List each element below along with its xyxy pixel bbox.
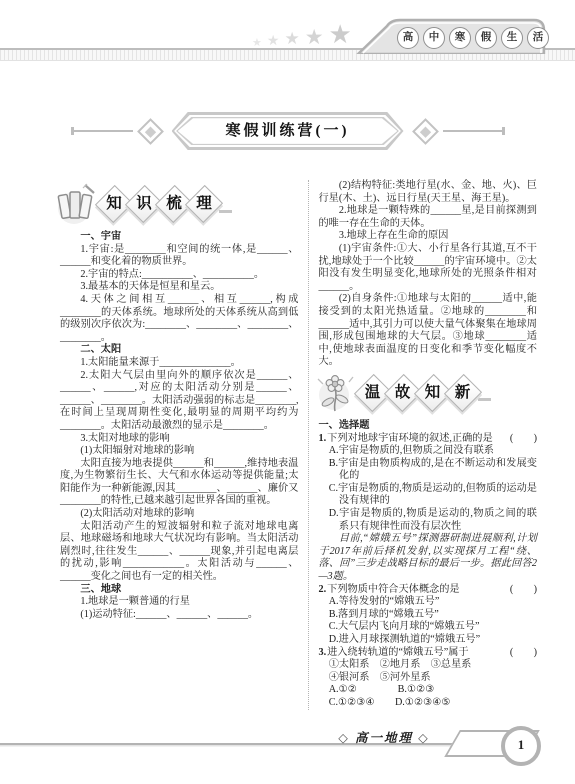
- worksheet-paragraph: 太阳活动产生的短波辐射和粒子流对地球电离层、地球磁场和地球大气状况均有影响。当太…: [60, 521, 299, 584]
- worksheet-paragraph: (1)太阳辐射对地球的影响: [60, 445, 299, 458]
- badge-char: 寒: [449, 27, 471, 49]
- worksheet-paragraph: 1.地球是一颗普通的行星: [60, 596, 299, 609]
- flower-icon: [313, 371, 359, 415]
- answer-option: D.进入月球探测轨道的“嫦娥五号”: [319, 634, 538, 647]
- course-name: 高一地理: [355, 731, 413, 745]
- badge-title: 高中寒假生活: [397, 27, 549, 49]
- answer-paren: ( ): [510, 584, 537, 597]
- badge-char: 高: [397, 27, 419, 49]
- review-section-header: 温故知新: [313, 369, 538, 417]
- knowledge-header-title: 知识梳理: [102, 185, 222, 223]
- question-number: 3.: [319, 647, 327, 660]
- course-label: ◇ 高一地理 ◇: [318, 732, 450, 745]
- answer-option: B.宇宙是由物质构成的,是在不断运动和发展变化的: [319, 458, 538, 483]
- diamond-ornament-left: [137, 118, 164, 145]
- question-number: 2.: [319, 584, 327, 597]
- worksheet-paragraph: 2.太阳大气层由里向外的顺序依次是______、______、______,对应…: [60, 370, 299, 433]
- question-number: 1.: [319, 433, 327, 446]
- lesson-title-banner: 寒假训练营(一): [0, 112, 575, 150]
- answer-option: B.落到月球的“嫦娥五号”: [319, 609, 538, 622]
- question-text: 下列对地球宇宙环境的叙述,正确的是: [327, 433, 493, 446]
- diamond-ornament-right: [412, 118, 439, 145]
- answer-option: C.宇宙是物质的,物质是运动的,但物质的运动是没有规律的: [319, 483, 538, 508]
- worksheet-paragraph: 3.地球上存在生命的原因: [319, 230, 538, 243]
- badge-char: 假: [475, 27, 497, 49]
- knowledge-outline: 一、宇宙1.宇宙:是________和空间的统一体,是______、______…: [60, 231, 299, 621]
- star-icon: ★: [284, 31, 299, 48]
- badge-char: 生: [501, 27, 523, 49]
- header-char: 理: [186, 185, 222, 223]
- worksheet-paragraph: (1)运动特征:______、______、______。: [60, 609, 299, 622]
- answer-option: A.①② B.①②③: [319, 684, 538, 697]
- diamond-decor: ◇: [338, 731, 350, 745]
- worksheet-paragraph: (2)自身条件:①地球与太阳的______适中,能接受到的太阳光热适量。②地球的…: [319, 293, 538, 369]
- section-heading: 三、地球: [60, 584, 299, 597]
- right-column: (2)结构特征:类地行星(水、金、地、火)、巨行星(木、土)、远日行星(天王星、…: [309, 180, 538, 710]
- badge-char: 活: [527, 27, 549, 49]
- knowledge-outline-continued: (2)结构特征:类地行星(水、金、地、火)、巨行星(木、土)、远日行星(天王星、…: [319, 180, 538, 369]
- star-icon: ★: [329, 22, 352, 48]
- page-title: 寒假训练营(一): [172, 112, 404, 150]
- page-header: ★ ★ ★ ★ ★ 高中寒假生活: [0, 0, 575, 60]
- worksheet-content: 知识梳理 一、宇宙1.宇宙:是________和空间的统一体,是______、_…: [60, 180, 537, 710]
- worksheet-paragraph: 2.地球是一颗特殊的______星,是目前探测到的唯一存在生命的天体。: [319, 205, 538, 230]
- worksheet-paragraph: 3.太阳对地球的影响: [60, 433, 299, 446]
- question-stem: 1.下列对地球宇宙环境的叙述,正确的是( ): [319, 433, 538, 446]
- page-number: 1: [501, 726, 541, 766]
- worksheet-paragraph: 太阳直接为地表提供______和______,维持地表温度,为生物繁衍生长、大气…: [60, 458, 299, 508]
- answer-option: A.等待发射的“嫦娥五号”: [319, 596, 538, 609]
- star-icon: ★: [267, 34, 280, 48]
- worksheet-paragraph: 1.宇宙:是________和空间的统一体,是______、______和变化着…: [60, 244, 299, 269]
- answer-option: ①太阳系 ②地月系 ③总星系: [319, 659, 538, 672]
- answer-option: C.大气层内飞向月球的“嫦娥五号”: [319, 621, 538, 634]
- series-badge: 高中寒假生活: [355, 18, 547, 54]
- answer-paren: ( ): [510, 433, 537, 446]
- worksheet-paragraph: (2)结构特征:类地行星(水、金、地、火)、巨行星(木、土)、远日行星(天王星、…: [319, 180, 538, 205]
- header-diamond: 理: [186, 185, 222, 223]
- badge-char: 中: [423, 27, 445, 49]
- question-stem: 3.进入绕转轨道的“嫦娥五号”属于( ): [319, 647, 538, 660]
- question-text: 下列物质中符合天体概念的是: [327, 584, 459, 597]
- answer-option: D.宇宙是物质的,物质是运动的,物质之间的联系只有规律性而没有层次性: [319, 508, 538, 533]
- left-column: 知识梳理 一、宇宙1.宇宙:是________和空间的统一体,是______、_…: [60, 180, 308, 710]
- books-icon: [54, 182, 100, 226]
- question-text: 进入绕转轨道的“嫦娥五号”属于: [327, 647, 468, 660]
- worksheet-paragraph: 3.最基本的天体是恒星和星云。: [60, 281, 299, 294]
- star-decoration: ★ ★ ★ ★ ★: [252, 22, 352, 48]
- header-diamond: 新: [445, 374, 481, 412]
- section-heading: 二、太阳: [60, 344, 299, 357]
- answer-option: ④银河系 ⑤河外星系: [319, 672, 538, 685]
- scenario-intro: 目前,“嫦娥五号”探测器研制进展顺利,计划于2017年前后择机发射,以实现探月工…: [319, 533, 538, 583]
- section-heading: 一、选择题: [319, 420, 538, 433]
- worksheet-paragraph: 2.宇宙的特点:__________、__________。: [60, 269, 299, 282]
- section-heading: 一、宇宙: [60, 231, 299, 244]
- answer-option: A.宇宙是物质的,但物质之间没有联系: [319, 445, 538, 458]
- star-icon: ★: [305, 27, 324, 48]
- worksheet-paragraph: 4.天体之间相互______、相互______,构成________的天体系统。…: [60, 294, 299, 344]
- star-icon: ★: [252, 37, 262, 48]
- banner-plate: 寒假训练营(一): [172, 112, 404, 150]
- diamond-decor: ◇: [418, 731, 430, 745]
- answer-paren: ( ): [510, 647, 537, 660]
- knowledge-section-header: 知识梳理: [54, 180, 299, 228]
- answer-option: C.①②③④ D.①②③④⑤: [319, 697, 538, 710]
- review-header-title: 温故知新: [361, 374, 481, 412]
- header-char: 新: [445, 374, 481, 412]
- worksheet-paragraph: (2)太阳活动对地球的影响: [60, 508, 299, 521]
- review-questions: 一、选择题1.下列对地球宇宙环境的叙述,正确的是( )A.宇宙是物质的,但物质之…: [319, 420, 538, 710]
- question-stem: 2.下列物质中符合天体概念的是( ): [319, 584, 538, 597]
- banner-line-left: [71, 130, 133, 132]
- worksheet-page: ★ ★ ★ ★ ★ 高中寒假生活 寒假训练营(一): [0, 0, 575, 784]
- worksheet-paragraph: (1)宇宙条件:①大、小行星各行其道,互不干扰,地球处于一个比较______的宇…: [319, 243, 538, 293]
- worksheet-paragraph: 1.太阳能量来源于______________。: [60, 357, 299, 370]
- page-footer: ◇ 高一地理 ◇ 1: [0, 724, 575, 770]
- banner-line-right: [443, 130, 505, 132]
